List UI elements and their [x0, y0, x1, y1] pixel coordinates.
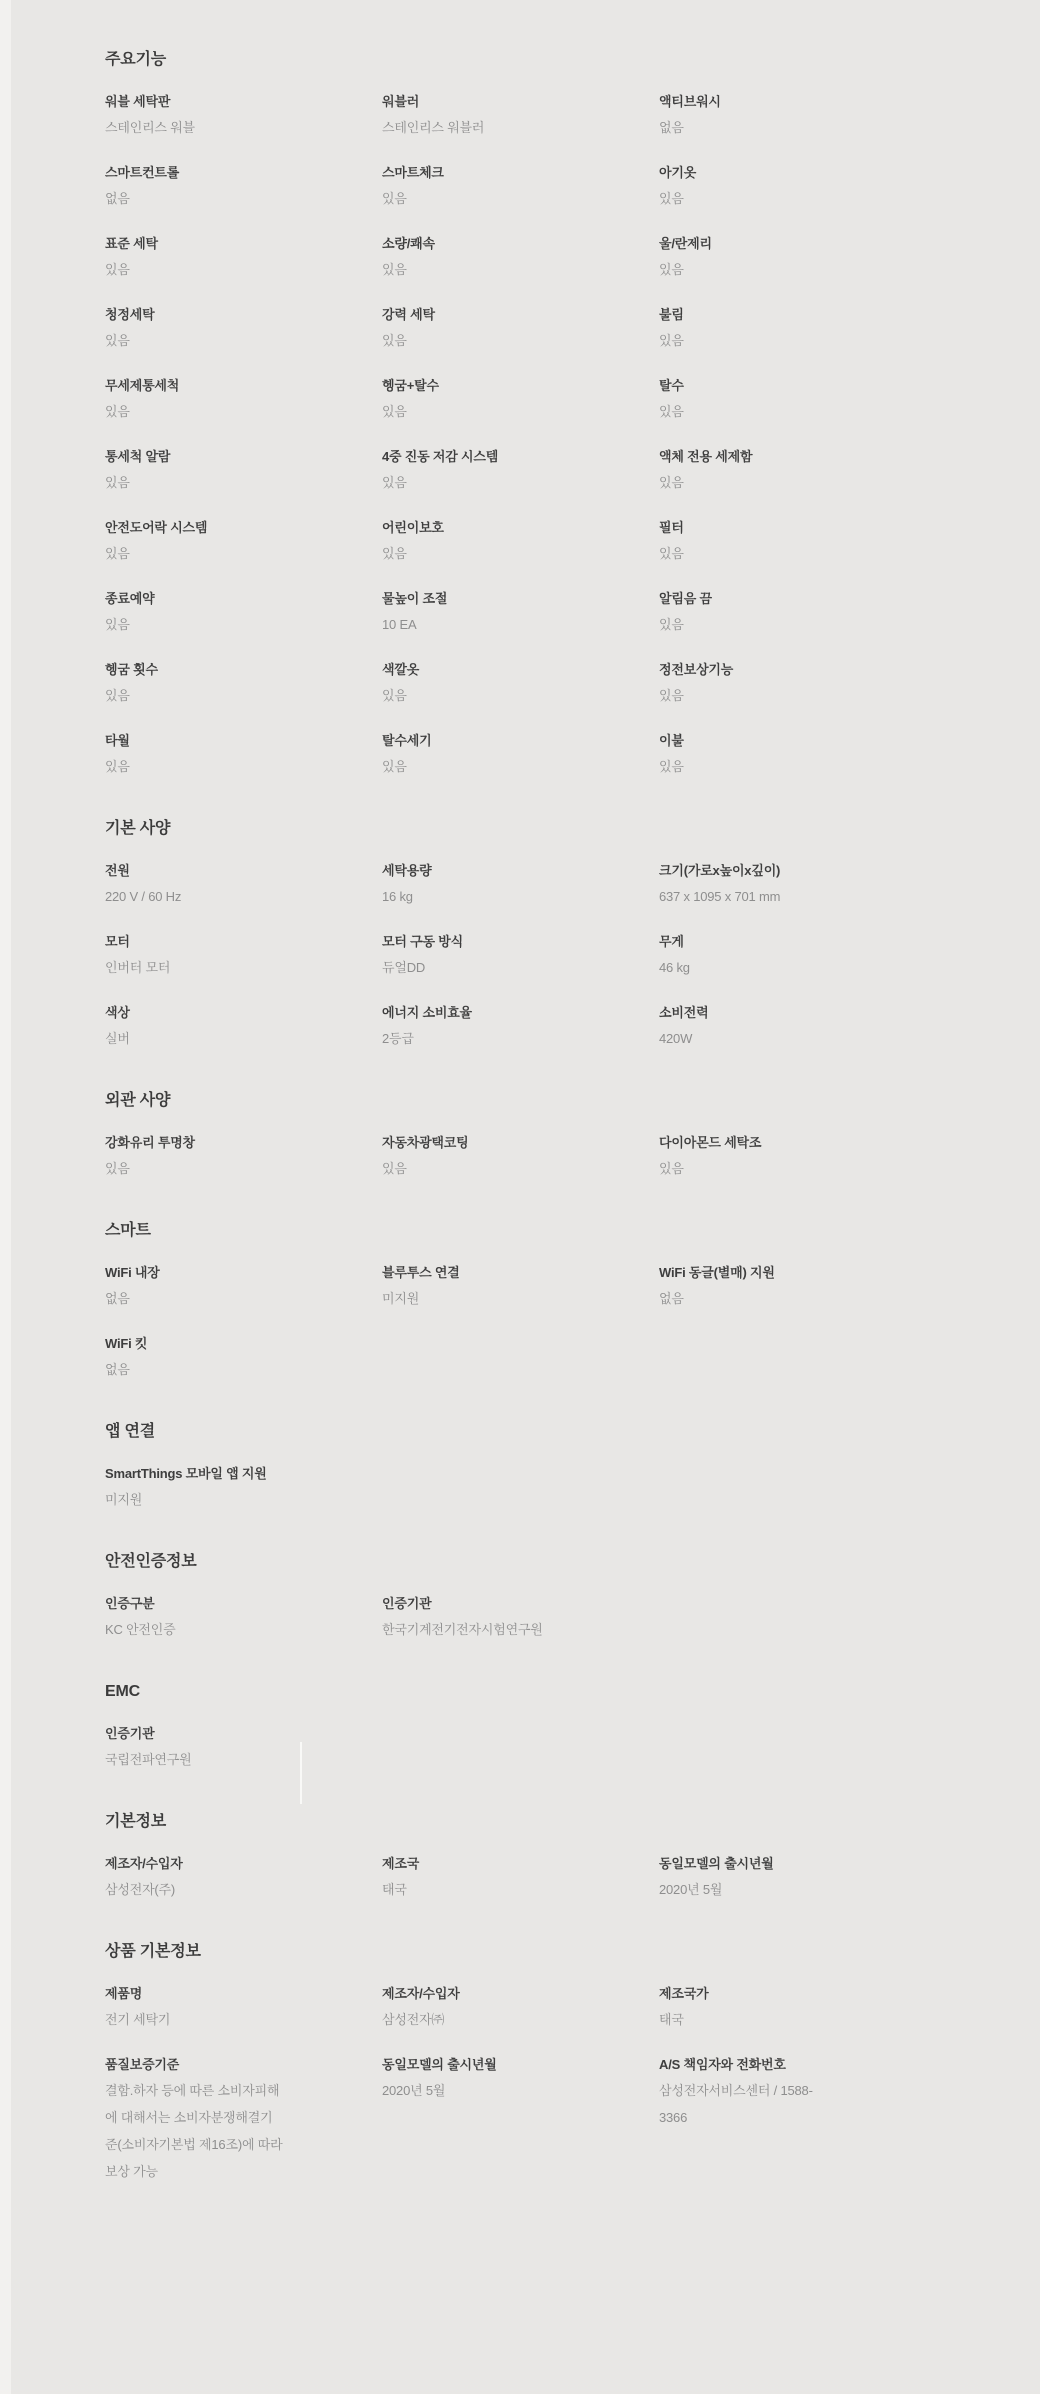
spec-item-value: 있음 — [382, 753, 560, 780]
spec-item-value: 스테인리스 워블 — [105, 114, 283, 141]
spec-item-value: 전기 세탁기 — [105, 2006, 283, 2033]
spec-item-label: 제조자/수입자 — [382, 1981, 560, 2006]
section-grid: 제품명 전기 세탁기 제조자/수입자 삼성전자㈜ 제조국가 태국 품질보증기준 … — [105, 1981, 1005, 2185]
spec-item-label: 필터 — [659, 515, 837, 540]
spec-item-label: 강력 세탁 — [382, 302, 560, 327]
spec-item-label: 표준 세탁 — [105, 231, 283, 256]
spec-item-value: 220 V / 60 Hz — [105, 883, 283, 910]
spec-item-value: KC 안전인증 — [105, 1616, 283, 1643]
section-title: 주요기능 — [105, 49, 1005, 71]
spec-section: 기본 사양 전원 220 V / 60 Hz 세탁용량 16 kg 크기(가로x… — [105, 818, 1005, 1052]
spec-item: 모터 구동 방식 듀얼DD — [382, 929, 560, 981]
spec-item-value: 있음 — [659, 753, 837, 780]
spec-item-label: 워블 세탁판 — [105, 89, 283, 114]
spec-item: 불림 있음 — [659, 302, 837, 354]
section-title: 기본 사양 — [105, 818, 1005, 840]
spec-item-label: 전원 — [105, 858, 283, 883]
spec-item: 인증기관 국립전파연구원 — [105, 1721, 283, 1773]
section-title: 외관 사양 — [105, 1090, 1005, 1112]
spec-item: 탈수 있음 — [659, 373, 837, 425]
spec-item: 정전보상기능 있음 — [659, 657, 837, 709]
section-grid: 인증기관 국립전파연구원 — [105, 1721, 1005, 1773]
spec-item-value: 결함.하자 등에 따른 소비자피해에 대해서는 소비자분쟁해결기준(소비자기본법… — [105, 2077, 283, 2185]
spec-item-label: 색상 — [105, 1000, 283, 1025]
spec-item: SmartThings 모바일 앱 지원 미지원 — [105, 1461, 283, 1513]
spec-item-value: 없음 — [105, 1356, 283, 1383]
spec-item: 4중 진동 저감 시스템 있음 — [382, 444, 560, 496]
spec-item-value: 46 kg — [659, 954, 837, 981]
spec-item-label: 울/란제리 — [659, 231, 837, 256]
spec-item: 청정세탁 있음 — [105, 302, 283, 354]
spec-item-value: 태국 — [659, 2006, 837, 2033]
spec-item-value: 있음 — [659, 682, 837, 709]
spec-item-label: 소비전력 — [659, 1000, 837, 1025]
spec-item-label: 제조국 — [382, 1851, 560, 1876]
spec-item: 어린이보호 있음 — [382, 515, 560, 567]
spec-item-value: 없음 — [659, 114, 837, 141]
spec-item: 표준 세탁 있음 — [105, 231, 283, 283]
section-grid: SmartThings 모바일 앱 지원 미지원 — [105, 1461, 1005, 1513]
spec-item-label: 제조국가 — [659, 1981, 837, 2006]
spec-section: 외관 사양 강화유리 투명창 있음 자동차광택코팅 있음 다이아몬드 세탁조 있… — [105, 1090, 1005, 1182]
spec-section: 주요기능 워블 세탁판 스테인리스 워블 워블러 스테인리스 워블러 액티브워시… — [105, 49, 1005, 780]
spec-item-label: 불림 — [659, 302, 837, 327]
spec-item-value: 삼성전자㈜ — [382, 2006, 560, 2033]
spec-item: 알림음 끔 있음 — [659, 586, 837, 638]
spec-item-label: 이불 — [659, 728, 837, 753]
spec-item-value: 있음 — [659, 1155, 837, 1182]
spec-item: 제조국가 태국 — [659, 1981, 837, 2033]
spec-item-label: 정전보상기능 — [659, 657, 837, 682]
spec-item: 자동차광택코팅 있음 — [382, 1130, 560, 1182]
spec-item-value: 있음 — [382, 469, 560, 496]
spec-item: WiFi 킷 없음 — [105, 1331, 283, 1383]
spec-item: 스마트컨트롤 없음 — [105, 160, 283, 212]
spec-item: 워블 세탁판 스테인리스 워블 — [105, 89, 283, 141]
spec-item-value: 태국 — [382, 1876, 560, 1903]
section-grid: 워블 세탁판 스테인리스 워블 워블러 스테인리스 워블러 액티브워시 없음 스… — [105, 89, 1005, 780]
section-grid: 전원 220 V / 60 Hz 세탁용량 16 kg 크기(가로x높이x깊이)… — [105, 858, 1005, 1052]
spec-item: 강화유리 투명창 있음 — [105, 1130, 283, 1182]
spec-item-value: 한국기계전기전자시험연구원 — [382, 1616, 560, 1643]
spec-item-label: 다이아몬드 세탁조 — [659, 1130, 837, 1155]
spec-item-value: 국립전파연구원 — [105, 1746, 283, 1773]
spec-item-value: 미지원 — [382, 1285, 560, 1312]
spec-item-label: 종료예약 — [105, 586, 283, 611]
spec-item-value: 있음 — [105, 398, 283, 425]
spec-item-label: A/S 책임자와 전화번호 — [659, 2052, 837, 2077]
spec-item-label: 알림음 끔 — [659, 586, 837, 611]
spec-item: 제조국 태국 — [382, 1851, 560, 1903]
spec-item: 액티브워시 없음 — [659, 89, 837, 141]
spec-item-value: 듀얼DD — [382, 954, 560, 981]
spec-item-value: 있음 — [105, 469, 283, 496]
spec-item-label: WiFi 동글(별매) 지원 — [659, 1260, 837, 1285]
spec-item-value: 있음 — [382, 682, 560, 709]
spec-item-label: 제품명 — [105, 1981, 283, 2006]
spec-item-value: 있음 — [382, 185, 560, 212]
spec-item-label: 탈수 — [659, 373, 837, 398]
spec-item-label: 안전도어락 시스템 — [105, 515, 283, 540]
spec-item-label: 4중 진동 저감 시스템 — [382, 444, 560, 469]
spec-item: 울/란제리 있음 — [659, 231, 837, 283]
spec-item-value: 있음 — [659, 327, 837, 354]
spec-item-label: 헹굼+탈수 — [382, 373, 560, 398]
spec-item-label: 스마트컨트롤 — [105, 160, 283, 185]
spec-item: 에너지 소비효율 2등급 — [382, 1000, 560, 1052]
spec-item: 헹굼+탈수 있음 — [382, 373, 560, 425]
spec-item: 인증구분 KC 안전인증 — [105, 1591, 283, 1643]
spec-item-value: 있음 — [382, 540, 560, 567]
spec-item-label: WiFi 내장 — [105, 1260, 283, 1285]
section-title: 상품 기본정보 — [105, 1941, 1005, 1963]
spec-item: 소비전력 420W — [659, 1000, 837, 1052]
spec-item: 전원 220 V / 60 Hz — [105, 858, 283, 910]
section-title: 안전인증정보 — [105, 1551, 1005, 1573]
spec-section: 상품 기본정보 제품명 전기 세탁기 제조자/수입자 삼성전자㈜ 제조국가 태국… — [105, 1941, 1005, 2185]
spec-item-label: 강화유리 투명창 — [105, 1130, 283, 1155]
spec-item-value: 있음 — [382, 398, 560, 425]
spec-item: 제조자/수입자 삼성전자(주) — [105, 1851, 283, 1903]
spec-item-label: 모터 — [105, 929, 283, 954]
spec-item-value: 삼성전자(주) — [105, 1876, 283, 1903]
spec-item-value: 있음 — [105, 1155, 283, 1182]
spec-item: 탈수세기 있음 — [382, 728, 560, 780]
spec-item: 이불 있음 — [659, 728, 837, 780]
spec-item-label: 인증구분 — [105, 1591, 283, 1616]
spec-item-value: 있음 — [382, 1155, 560, 1182]
spec-item-value: 있음 — [105, 540, 283, 567]
spec-item-label: 품질보증기준 — [105, 2052, 283, 2077]
spec-item: A/S 책임자와 전화번호 삼성전자서비스센터 / 1588-3366 — [659, 2052, 837, 2185]
spec-item-label: SmartThings 모바일 앱 지원 — [105, 1461, 283, 1486]
spec-item: 헹굼 횟수 있음 — [105, 657, 283, 709]
spec-item: 블루투스 연결 미지원 — [382, 1260, 560, 1312]
spec-section: 기본정보 제조자/수입자 삼성전자(주) 제조국 태국 동일모델의 출시년월 2… — [105, 1811, 1005, 1903]
spec-item: 다이아몬드 세탁조 있음 — [659, 1130, 837, 1182]
spec-item-value: 420W — [659, 1025, 837, 1052]
spec-item-value: 없음 — [105, 185, 283, 212]
spec-item-label: 스마트체크 — [382, 160, 560, 185]
spec-item-value: 2020년 5월 — [382, 2077, 560, 2104]
spec-item: 소량/쾌속 있음 — [382, 231, 560, 283]
spec-item-label: 아기옷 — [659, 160, 837, 185]
spec-item-value: 2등급 — [382, 1025, 560, 1052]
spec-item-label: 세탁용량 — [382, 858, 560, 883]
spec-section: 스마트 WiFi 내장 없음 블루투스 연결 미지원 WiFi 동글(별매) 지… — [105, 1220, 1005, 1383]
spec-item: 물높이 조절 10 EA — [382, 586, 560, 638]
spec-item: 워블러 스테인리스 워블러 — [382, 89, 560, 141]
spec-item-label: 인증기관 — [105, 1721, 283, 1746]
spec-item-value: 있음 — [105, 753, 283, 780]
spec-item-value: 있음 — [659, 469, 837, 496]
spec-item-value: 미지원 — [105, 1486, 283, 1513]
spec-item: 안전도어락 시스템 있음 — [105, 515, 283, 567]
spec-item: 강력 세탁 있음 — [382, 302, 560, 354]
spec-item-value: 없음 — [105, 1285, 283, 1312]
spec-item-label: 에너지 소비효율 — [382, 1000, 560, 1025]
spec-item-value: 2020년 5월 — [659, 1876, 837, 1903]
spec-item: WiFi 내장 없음 — [105, 1260, 283, 1312]
spec-item: 무세제통세척 있음 — [105, 373, 283, 425]
spec-item-label: 청정세탁 — [105, 302, 283, 327]
spec-item-label: 헹굼 횟수 — [105, 657, 283, 682]
section-title: 스마트 — [105, 1220, 1005, 1242]
spec-item: 색깔옷 있음 — [382, 657, 560, 709]
spec-item-value: 없음 — [659, 1285, 837, 1312]
section-grid: 강화유리 투명창 있음 자동차광택코팅 있음 다이아몬드 세탁조 있음 — [105, 1130, 1005, 1182]
spec-item: 액체 전용 세제함 있음 — [659, 444, 837, 496]
spec-item-label: 무게 — [659, 929, 837, 954]
spec-item-value: 삼성전자서비스센터 / 1588-3366 — [659, 2077, 837, 2131]
spec-item-value: 있음 — [105, 327, 283, 354]
spec-item-value: 있음 — [105, 256, 283, 283]
spec-item-value: 있음 — [659, 398, 837, 425]
spec-item-label: 모터 구동 방식 — [382, 929, 560, 954]
spec-item-label: 소량/쾌속 — [382, 231, 560, 256]
spec-item: 아기옷 있음 — [659, 160, 837, 212]
spec-item-value: 있음 — [382, 327, 560, 354]
spec-item-value: 10 EA — [382, 611, 560, 638]
spec-item-value: 있음 — [659, 185, 837, 212]
spec-item-value: 있음 — [382, 256, 560, 283]
spec-item: 동일모델의 출시년월 2020년 5월 — [382, 2052, 560, 2185]
section-grid: 인증구분 KC 안전인증 인증기관 한국기계전기전자시험연구원 — [105, 1591, 1005, 1643]
spec-item-label: 자동차광택코팅 — [382, 1130, 560, 1155]
spec-item: 세탁용량 16 kg — [382, 858, 560, 910]
spec-item-label: 색깔옷 — [382, 657, 560, 682]
spec-item-label: 액티브워시 — [659, 89, 837, 114]
spec-item-value: 스테인리스 워블러 — [382, 114, 560, 141]
spec-item-label: 워블러 — [382, 89, 560, 114]
spec-item-label: 타월 — [105, 728, 283, 753]
spec-item-value: 있음 — [659, 540, 837, 567]
spec-item: 동일모델의 출시년월 2020년 5월 — [659, 1851, 837, 1903]
spec-item: 색상 실버 — [105, 1000, 283, 1052]
spec-item-label: 블루투스 연결 — [382, 1260, 560, 1285]
section-title: EMC — [105, 1681, 1005, 1703]
section-grid: 제조자/수입자 삼성전자(주) 제조국 태국 동일모델의 출시년월 2020년 … — [105, 1851, 1005, 1903]
spec-item-label: 인증기관 — [382, 1591, 560, 1616]
spec-item-label: 물높이 조절 — [382, 586, 560, 611]
spec-item: 무게 46 kg — [659, 929, 837, 981]
spec-item: 타월 있음 — [105, 728, 283, 780]
spec-item: 크기(가로x높이x깊이) 637 x 1095 x 701 mm — [659, 858, 837, 910]
spec-item-label: 동일모델의 출시년월 — [659, 1851, 837, 1876]
spec-item-value: 637 x 1095 x 701 mm — [659, 883, 837, 910]
spec-item: 품질보증기준 결함.하자 등에 따른 소비자피해에 대해서는 소비자분쟁해결기준… — [105, 2052, 283, 2185]
spec-item-value: 실버 — [105, 1025, 283, 1052]
spec-section: 앱 연결 SmartThings 모바일 앱 지원 미지원 — [105, 1421, 1005, 1513]
spec-item: 모터 인버터 모터 — [105, 929, 283, 981]
spec-item-value: 있음 — [105, 611, 283, 638]
spec-item-label: 탈수세기 — [382, 728, 560, 753]
spec-item: 제품명 전기 세탁기 — [105, 1981, 283, 2033]
spec-item: WiFi 동글(별매) 지원 없음 — [659, 1260, 837, 1312]
spec-item-value: 있음 — [659, 256, 837, 283]
spec-section: 안전인증정보 인증구분 KC 안전인증 인증기관 한국기계전기전자시험연구원 — [105, 1551, 1005, 1643]
spec-sheet: 주요기능 워블 세탁판 스테인리스 워블 워블러 스테인리스 워블러 액티브워시… — [0, 0, 1005, 2185]
spec-item-label: 통세척 알람 — [105, 444, 283, 469]
spec-item: 필터 있음 — [659, 515, 837, 567]
spec-item-value: 있음 — [105, 682, 283, 709]
section-title: 앱 연결 — [105, 1421, 1005, 1443]
spec-item-label: 제조자/수입자 — [105, 1851, 283, 1876]
spec-item-value: 인버터 모터 — [105, 954, 283, 981]
spec-item-label: 동일모델의 출시년월 — [382, 2052, 560, 2077]
spec-item-label: 크기(가로x높이x깊이) — [659, 858, 837, 883]
section-grid: WiFi 내장 없음 블루투스 연결 미지원 WiFi 동글(별매) 지원 없음… — [105, 1260, 1005, 1383]
spec-item: 종료예약 있음 — [105, 586, 283, 638]
spec-item-label: 어린이보호 — [382, 515, 560, 540]
spec-item-label: 무세제통세척 — [105, 373, 283, 398]
section-title: 기본정보 — [105, 1811, 1005, 1833]
spec-item: 인증기관 한국기계전기전자시험연구원 — [382, 1591, 560, 1643]
spec-item: 스마트체크 있음 — [382, 160, 560, 212]
spec-item-label: 액체 전용 세제함 — [659, 444, 837, 469]
spec-item-value: 있음 — [659, 611, 837, 638]
spec-item: 제조자/수입자 삼성전자㈜ — [382, 1981, 560, 2033]
spec-item: 통세척 알람 있음 — [105, 444, 283, 496]
spec-item-label: WiFi 킷 — [105, 1331, 283, 1356]
spec-section: EMC 인증기관 국립전파연구원 — [105, 1681, 1005, 1773]
spec-item-value: 16 kg — [382, 883, 560, 910]
